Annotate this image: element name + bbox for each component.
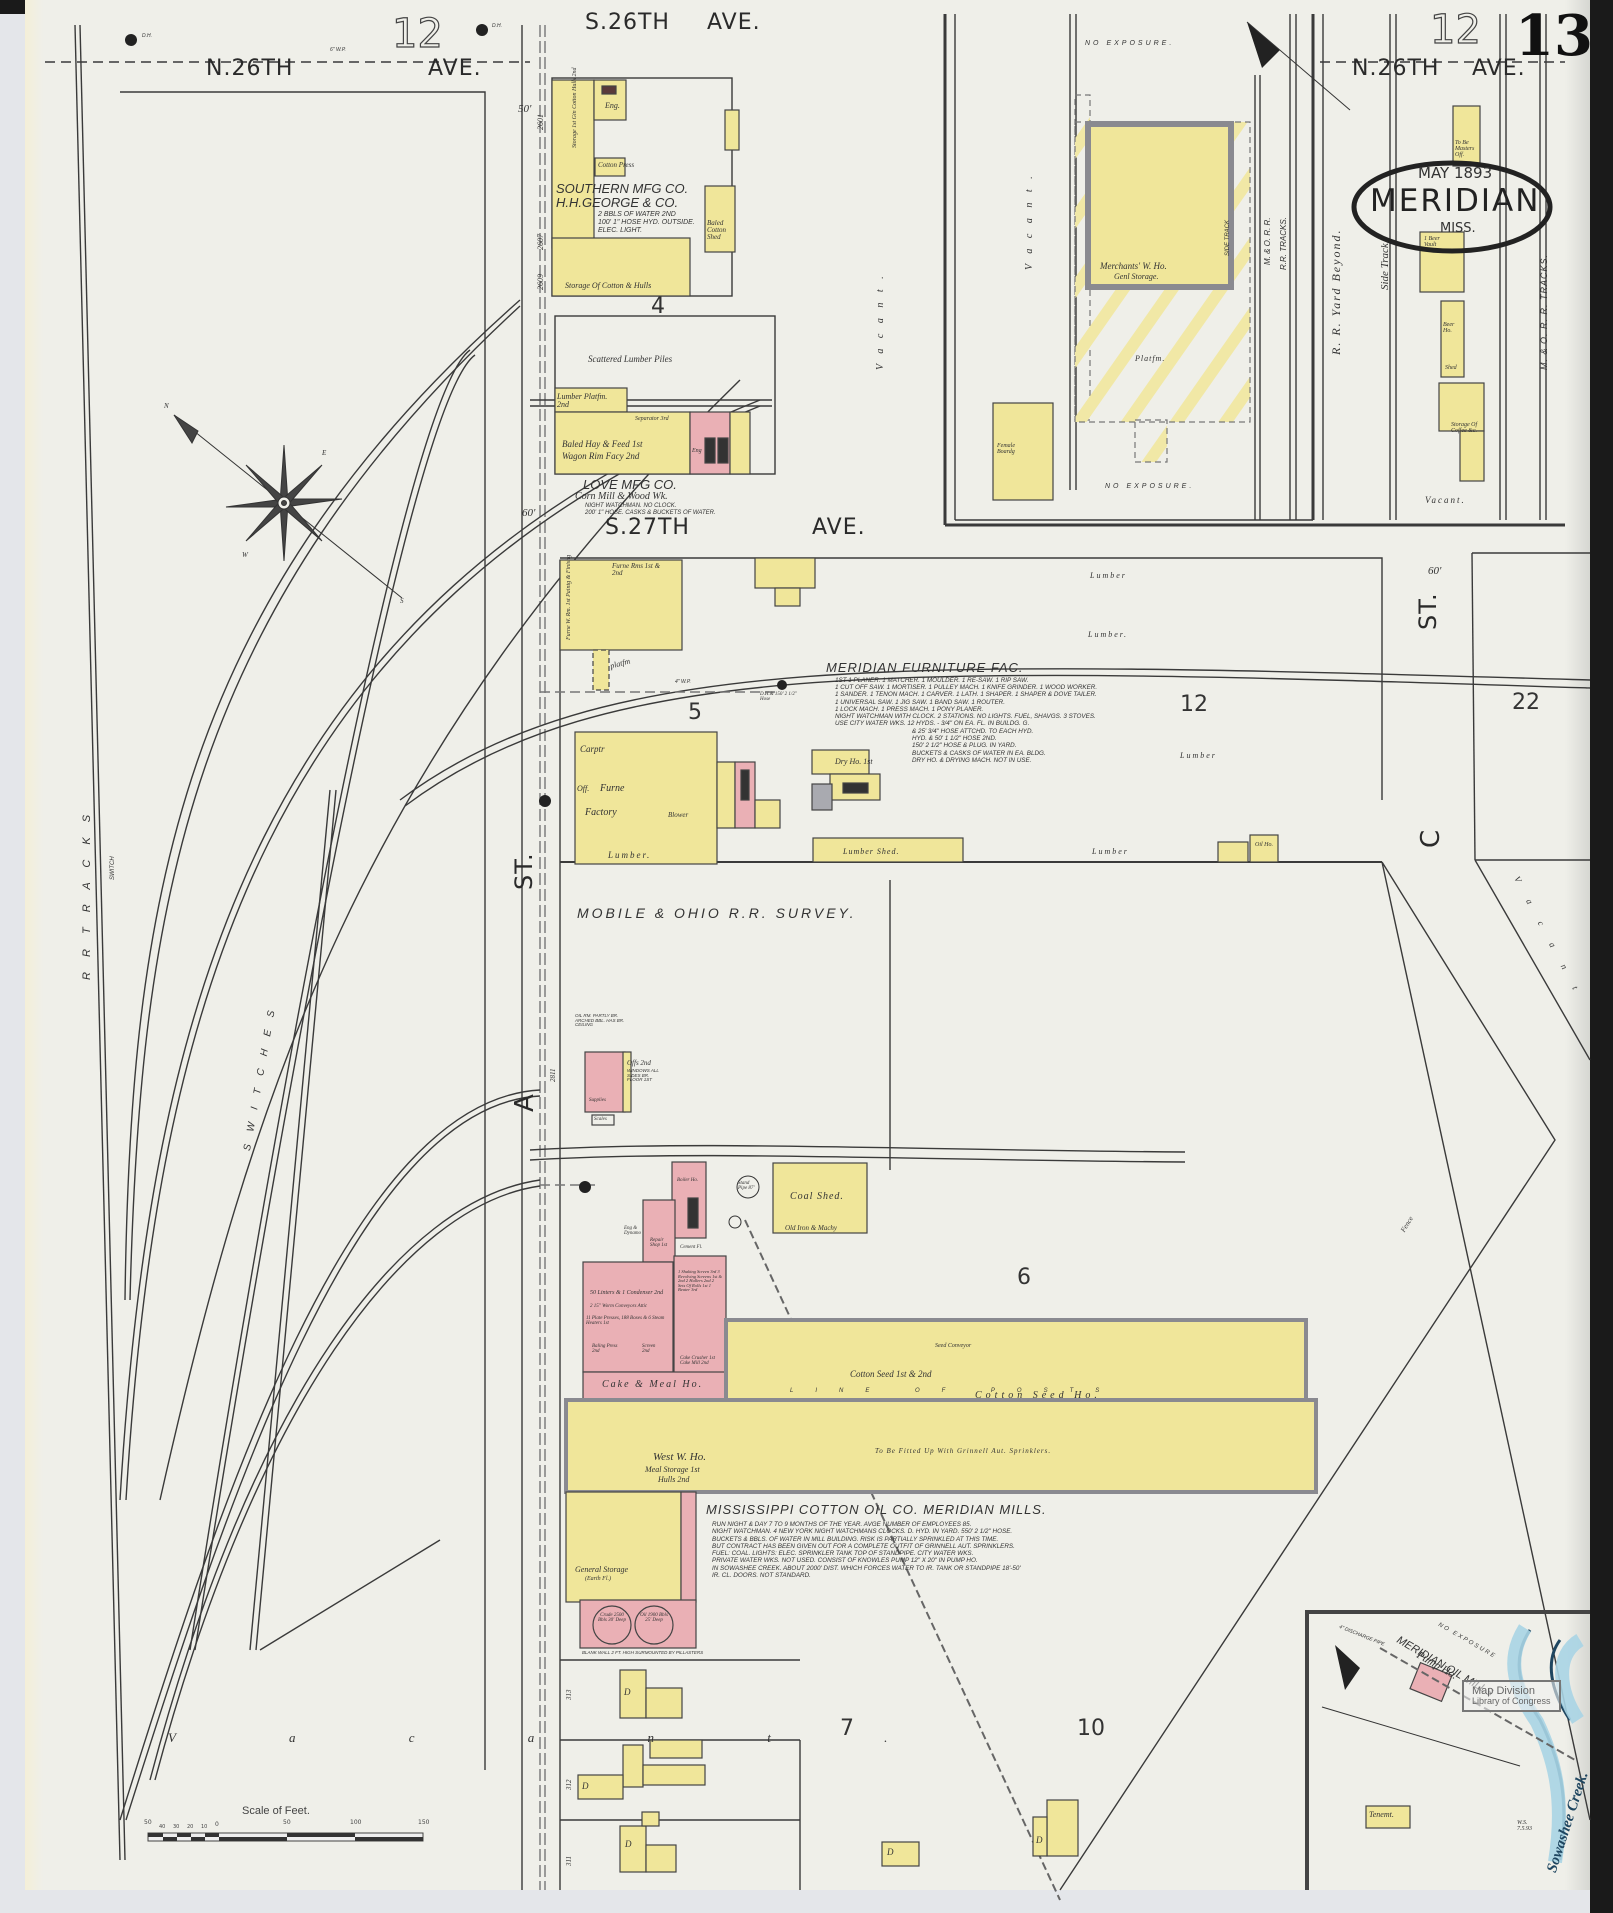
lumber-4: Lumber xyxy=(1092,848,1129,856)
cotton-oil-note: IN SOWASHEE CREEK. ABOUT 2000' DIST. WHI… xyxy=(712,1565,1021,1572)
separator: Separator 3rd xyxy=(635,416,669,422)
street-n26-right-ave: AVE. xyxy=(1472,58,1526,80)
map-drawing xyxy=(0,0,1613,1913)
cotton-seed-ho: Cotton Seed Ho. xyxy=(975,1391,1101,1401)
offs-notes: WINDOWS ALL SIDES BR. FLOOR 1ST xyxy=(627,1069,663,1083)
library-stamp: Map Division Library of Congress xyxy=(1462,1680,1561,1712)
address-2601: 2601 xyxy=(537,114,545,130)
meal-storage: Meal Storage 1st xyxy=(645,1466,700,1474)
lumber-factory: Lumber. xyxy=(608,851,651,860)
cotton-oil-note: NIGHT WATCHMAN. 4 NEW YORK NIGHT WATCHMA… xyxy=(712,1528,1021,1535)
block-number-5: 5 xyxy=(688,702,702,724)
coal-shed: Coal Shed. xyxy=(790,1192,844,1202)
lumber-3: Lumber xyxy=(1180,752,1217,760)
vacant-top-mid: V a c a n t . xyxy=(876,272,886,370)
rr-yard-beyond-label: R. R. Yard Beyond. xyxy=(1330,229,1342,355)
dh-hose-note: D.H.& 150' 2 1/2" Hose xyxy=(760,692,800,702)
switch-label: SWITCH xyxy=(110,856,116,880)
lumber-shed: Lumber Shed. xyxy=(843,848,899,856)
love-mfg-note-2: 200' 1" HOSE. CASKS & BUCKETS OF WATER. xyxy=(585,510,716,516)
general-storage: General Storage xyxy=(575,1566,628,1574)
scale-tick: 150 xyxy=(418,1820,429,1826)
library-stamp-line-2: Library of Congress xyxy=(1472,1697,1551,1706)
block-number-6: 6 xyxy=(1017,1267,1031,1289)
rr-tracks-label: R R T R A C K S xyxy=(82,809,93,980)
furniture-note: & 25' 3/4" HOSE ATTCHD. TO EACH HYD. xyxy=(912,728,1046,735)
fitted-sprinklers: To Be Fitted Up With Grinnell Aut. Sprin… xyxy=(875,1448,1051,1455)
furniture-note: 1 CUT OFF SAW. 1 MORTISER. 1 PULLEY MACH… xyxy=(835,684,1097,691)
block-number-12: 12 xyxy=(1180,694,1208,716)
furniture-notes: 1ST 1 PLANER. 1 MATCHER. 1 MOULDER. 1 RE… xyxy=(835,677,1097,727)
shed: Shed xyxy=(1445,365,1457,371)
surveyor-initials: W.S. 7.5.93 xyxy=(1517,1820,1539,1832)
female-boardg: Female Boardg xyxy=(997,443,1033,455)
address-313: 313 xyxy=(566,1690,573,1701)
carptr: Carptr xyxy=(580,745,605,754)
cotton-press: Cotton Press xyxy=(598,162,634,169)
storage-gin-vertical: Storage 1st Gin Cotton Hulls 2nd xyxy=(572,67,578,148)
survey-label: MOBILE & OHIO R.R. SURVEY. xyxy=(577,906,857,920)
boiler-ho: Boiler Ho. xyxy=(677,1178,698,1183)
west-wh: West W. Ho. xyxy=(653,1452,706,1463)
vacant-left-bottom: V a c a n t . xyxy=(168,1731,942,1744)
side-track-label: SIDE TRACK xyxy=(1225,220,1231,256)
hulls: Hulls 2nd xyxy=(658,1476,689,1484)
cotton-oil-notes: RUN NIGHT & DAY 7 TO 9 MONTHS OF THE YEA… xyxy=(712,1521,1021,1579)
volume-block-ref-left: 12 xyxy=(392,14,443,54)
dh-label-left: D.H. xyxy=(142,34,152,39)
street-a: A xyxy=(512,1093,538,1112)
oil-tank: Oil 1900 Bbls 25' Deep xyxy=(638,1613,670,1623)
cotton-oil-name: MISSISSIPPI COTTON OIL CO. MERIDIAN MILL… xyxy=(706,1503,1047,1516)
furne-rms: Furne Rms 1st & 2nd xyxy=(612,563,662,577)
mo-rr-label: M. & O. R. R. xyxy=(1264,217,1272,265)
tenement: Tenemt. xyxy=(1369,1811,1394,1819)
love-mfg-name: LOVE MFG CO. xyxy=(583,478,677,491)
beer-vault: 1 Beer Vault xyxy=(1424,236,1448,248)
southern-mfg-name: SOUTHERN MFG CO. xyxy=(556,182,688,195)
dh-label-top: D.H. xyxy=(492,24,502,29)
vacant-merchants-left: V a c a n t . xyxy=(1025,172,1035,270)
storage-coffee: Storage Of Coffee &c. xyxy=(1451,422,1485,434)
screen: Screen 2nd xyxy=(642,1344,662,1354)
map-city: MERIDIAN xyxy=(1370,186,1540,217)
cement-fl: Cement Fl. xyxy=(680,1245,702,1250)
factory: Factory xyxy=(585,808,617,818)
baled-hay: Baled Hay & Feed 1st xyxy=(562,440,642,449)
compass-e: E xyxy=(322,450,326,457)
scale-tick: 0 xyxy=(215,1822,219,1828)
cotton-oil-note: PRIVATE WATER WKS. NOT USED. CONSIST OF … xyxy=(712,1557,1021,1564)
oil-rm-note: OIL RM. PARTLY BR. ARCHED BBL. HAS BR. C… xyxy=(575,1014,635,1028)
a-street-width-2: 60' xyxy=(522,508,535,519)
a-street-width: 50' xyxy=(518,104,531,115)
map-date: MAY 1893 xyxy=(1418,166,1492,181)
merchants-wh-sub: Genl Storage. xyxy=(1114,273,1158,281)
wp4-label: 4" W.P. xyxy=(675,680,691,685)
repair-shop: Repair Shop 1st xyxy=(650,1238,674,1248)
rr-tracks-right-label: R.R. TRACKS. xyxy=(1280,217,1288,270)
volume-block-ref-right: 12 xyxy=(1430,10,1481,50)
furniture-note: USE CITY WATER WKS. 12 HYDS. - 3/4" ON E… xyxy=(835,720,1097,727)
map-state: MISS. xyxy=(1440,222,1476,235)
furne: Furne xyxy=(600,784,624,794)
street-c: C xyxy=(1418,829,1444,848)
furniture-note: 1 LOCK MACH. 1 PRESS MACH. 1 PONY PLANER… xyxy=(835,706,1097,713)
wp6-label: 6" W.P. xyxy=(330,48,346,53)
cotton-oil-note: FUEL: COAL. LIGHTS: ELEC. SPRINKLER TANK… xyxy=(712,1550,1021,1557)
furniture-note: HYD. & 50' 1 1/2" HOSE 2ND. xyxy=(912,735,1046,742)
love-mfg-sub: Corn Mill & Wood Wk. xyxy=(575,492,668,502)
stand-pipe: Stand Pipe 87' xyxy=(738,1181,758,1191)
furniture-fac-name: MERIDIAN FURNITURE FAC. xyxy=(826,661,1024,674)
mo-rr-tracks-label: M. & O. R. R. TRACKS. xyxy=(1540,254,1549,370)
scale-title: Scale of Feet. xyxy=(242,1806,310,1817)
street-n26-right: N.26TH xyxy=(1352,58,1439,80)
cotton-oil-note: RUN NIGHT & DAY 7 TO 9 MONTHS OF THE YEA… xyxy=(712,1521,1021,1528)
street-s26: S.26TH xyxy=(585,12,670,34)
address-2811: 2811 xyxy=(550,1069,557,1082)
beer-ho: Beer Ho. xyxy=(1443,322,1463,334)
address-312: 312 xyxy=(566,1780,573,1791)
scales: Scales xyxy=(594,1117,607,1122)
block-number-4: 4 xyxy=(651,296,665,318)
c-street-width: 60' xyxy=(1428,566,1441,577)
address-2609: 2609 xyxy=(537,274,545,290)
eng-dynamo: Eng & Dynamo xyxy=(624,1226,648,1236)
cotton-oil-note: IR. CL. DOORS. NOT STANDARD. xyxy=(712,1572,1021,1579)
scale-tick: 40 xyxy=(159,1825,165,1830)
furniture-note: 1 SANDER. 1 TENON MACH. 1 CARVER. 1 LATH… xyxy=(835,691,1097,698)
hh-george-name: H.H.GEORGE & CO. xyxy=(556,196,678,209)
love-eng: Eng xyxy=(692,448,702,454)
lumber-2: Lumber. xyxy=(1088,631,1128,639)
furniture-note: BUCKETS & CASKS OF WATER IN EA. BLDG. xyxy=(912,750,1046,757)
furniture-notes-2: & 25' 3/4" HOSE ATTCHD. TO EACH HYD. HYD… xyxy=(912,728,1046,764)
cotton-oil-note: BUCKETS & BBLS. OF WATER IN MILL BUILDIN… xyxy=(712,1536,1021,1543)
dwelling-marker: D xyxy=(582,1782,589,1791)
dwelling-marker: D xyxy=(887,1848,894,1857)
supplies: Supplies xyxy=(589,1098,606,1103)
dwelling-marker: D xyxy=(1036,1836,1043,1845)
street-s26-ave: AVE. xyxy=(707,12,761,34)
southern-mfg-note-3: ELEC. LIGHT. xyxy=(598,226,642,235)
street-s27: S.27TH xyxy=(605,517,690,539)
side-track-2-label: Side Track. xyxy=(1380,241,1391,291)
crude-tank: Crude 2500 Bbls 30' Deep xyxy=(596,1613,628,1623)
southern-eng: Eng. xyxy=(605,102,620,110)
to-be-masters: To Be Masters Off. xyxy=(1455,140,1479,158)
cake-meal-ho: Cake & Meal Ho. xyxy=(602,1380,703,1390)
sheet-number: 13 xyxy=(1515,8,1593,64)
wagon-rim: Wagon Rim Facy 2nd xyxy=(562,452,639,461)
merchants-platfm: Platfm. xyxy=(1135,355,1165,363)
earth-fl: (Earth Fl.) xyxy=(585,1576,611,1582)
street-s27-ave: AVE. xyxy=(812,517,866,539)
blank-wall-note: BLANK WALL 2 FT. HIGH SURMOUNTED BY PILL… xyxy=(582,1651,703,1656)
scale-tick: 50 xyxy=(144,1820,152,1826)
lumber-platfm: Lumber Platfm. 2nd xyxy=(557,393,617,409)
linters: 50 Linters & 1 Condenser 2nd xyxy=(590,1290,670,1296)
furniture-note: DRY HO. & DRYING MACH. NOT IN USE. xyxy=(912,757,1046,764)
scattered-lumber: Scattered Lumber Piles xyxy=(588,355,672,364)
block-number-22: 22 xyxy=(1512,692,1540,714)
compass-n: N xyxy=(164,403,169,410)
address-311: 311 xyxy=(566,1856,573,1866)
lumber-1: Lumber xyxy=(1090,572,1127,580)
storage-cotton-hulls: Storage Of Cotton & Hulls xyxy=(565,282,651,290)
dry-ho: Dry Ho. 1st xyxy=(835,758,873,766)
street-c-st: ST. xyxy=(1416,592,1440,630)
compass-s: S xyxy=(400,598,404,605)
furniture-note: 1 UNIVERSAL SAW. 1 JIG SAW. 1 BAND SAW. … xyxy=(835,699,1097,706)
baled-cotton-shed: Baled Cotton Shed xyxy=(707,220,733,241)
seed-conveyor: Seed Conveyor xyxy=(935,1343,971,1349)
merchants-wh-name: Merchants' W. Ho. xyxy=(1100,262,1167,271)
dwelling-marker: D xyxy=(625,1840,632,1849)
baling-press: Baling Press 2nd xyxy=(592,1344,622,1354)
street-n26-left: N.26TH xyxy=(206,58,293,80)
scale-tick: 30 xyxy=(173,1825,179,1830)
oil-ho: Oil Ho. xyxy=(1255,842,1273,848)
scale-tick: 10 xyxy=(201,1825,207,1830)
furniture-note: NIGHT WATCHMAN WITH CLOCK. 2 STATIONS. N… xyxy=(835,713,1097,720)
cotton-seed-12: Cotton Seed 1st & 2nd xyxy=(850,1370,932,1379)
furne-w-rm: Furne W. Rm. 1st Paintg & Finishg xyxy=(566,555,572,640)
no-exposure-top: No Exposure. xyxy=(1085,40,1174,47)
vacant-right-strip: Vacant. xyxy=(1425,496,1466,505)
cotton-oil-note: BUT CONTRACT HAS BEEN GIVEN OUT FOR A CO… xyxy=(712,1543,1021,1550)
address-2607: 2607 xyxy=(537,234,545,250)
old-iron: Old Iron & Machy xyxy=(785,1225,837,1232)
dwelling-marker: D xyxy=(624,1688,631,1697)
love-mfg-note-1: NIGHT WATCHMAN. NO CLOCK. xyxy=(585,503,676,509)
office: Off. xyxy=(577,785,589,793)
furniture-note: 1ST 1 PLANER. 1 MATCHER. 1 MOULDER. 1 RE… xyxy=(835,677,1097,684)
scale-tick: 50 xyxy=(283,1820,291,1826)
worm-conveyors: 2 15" Worm Conveyors Attic xyxy=(590,1304,670,1309)
offs: Offs 2nd xyxy=(627,1060,651,1067)
compass-w: W xyxy=(242,552,248,559)
cake-crusher: Cake Crusher 1st Cake Mill 2nd xyxy=(680,1356,720,1366)
street-n26-left-ave: AVE. xyxy=(428,58,482,80)
block-number-10: 10 xyxy=(1077,1718,1105,1740)
scale-tick: 20 xyxy=(187,1825,193,1830)
plate-presses: 11 Plate Presses, 188 Boxes & 6 Steam He… xyxy=(586,1316,672,1326)
blower: Blower xyxy=(668,812,688,819)
no-exposure-bottom: No Exposure. xyxy=(1105,483,1194,490)
shaking-screen: 1 Shaking Screen 3rd 3 Revolving Screens… xyxy=(678,1270,722,1293)
furniture-note: 150' 2 1/2" HOSE & PLUG. IN YARD. xyxy=(912,742,1046,749)
scale-tick: 100 xyxy=(350,1820,361,1826)
street-a-st: ST. xyxy=(512,852,536,890)
